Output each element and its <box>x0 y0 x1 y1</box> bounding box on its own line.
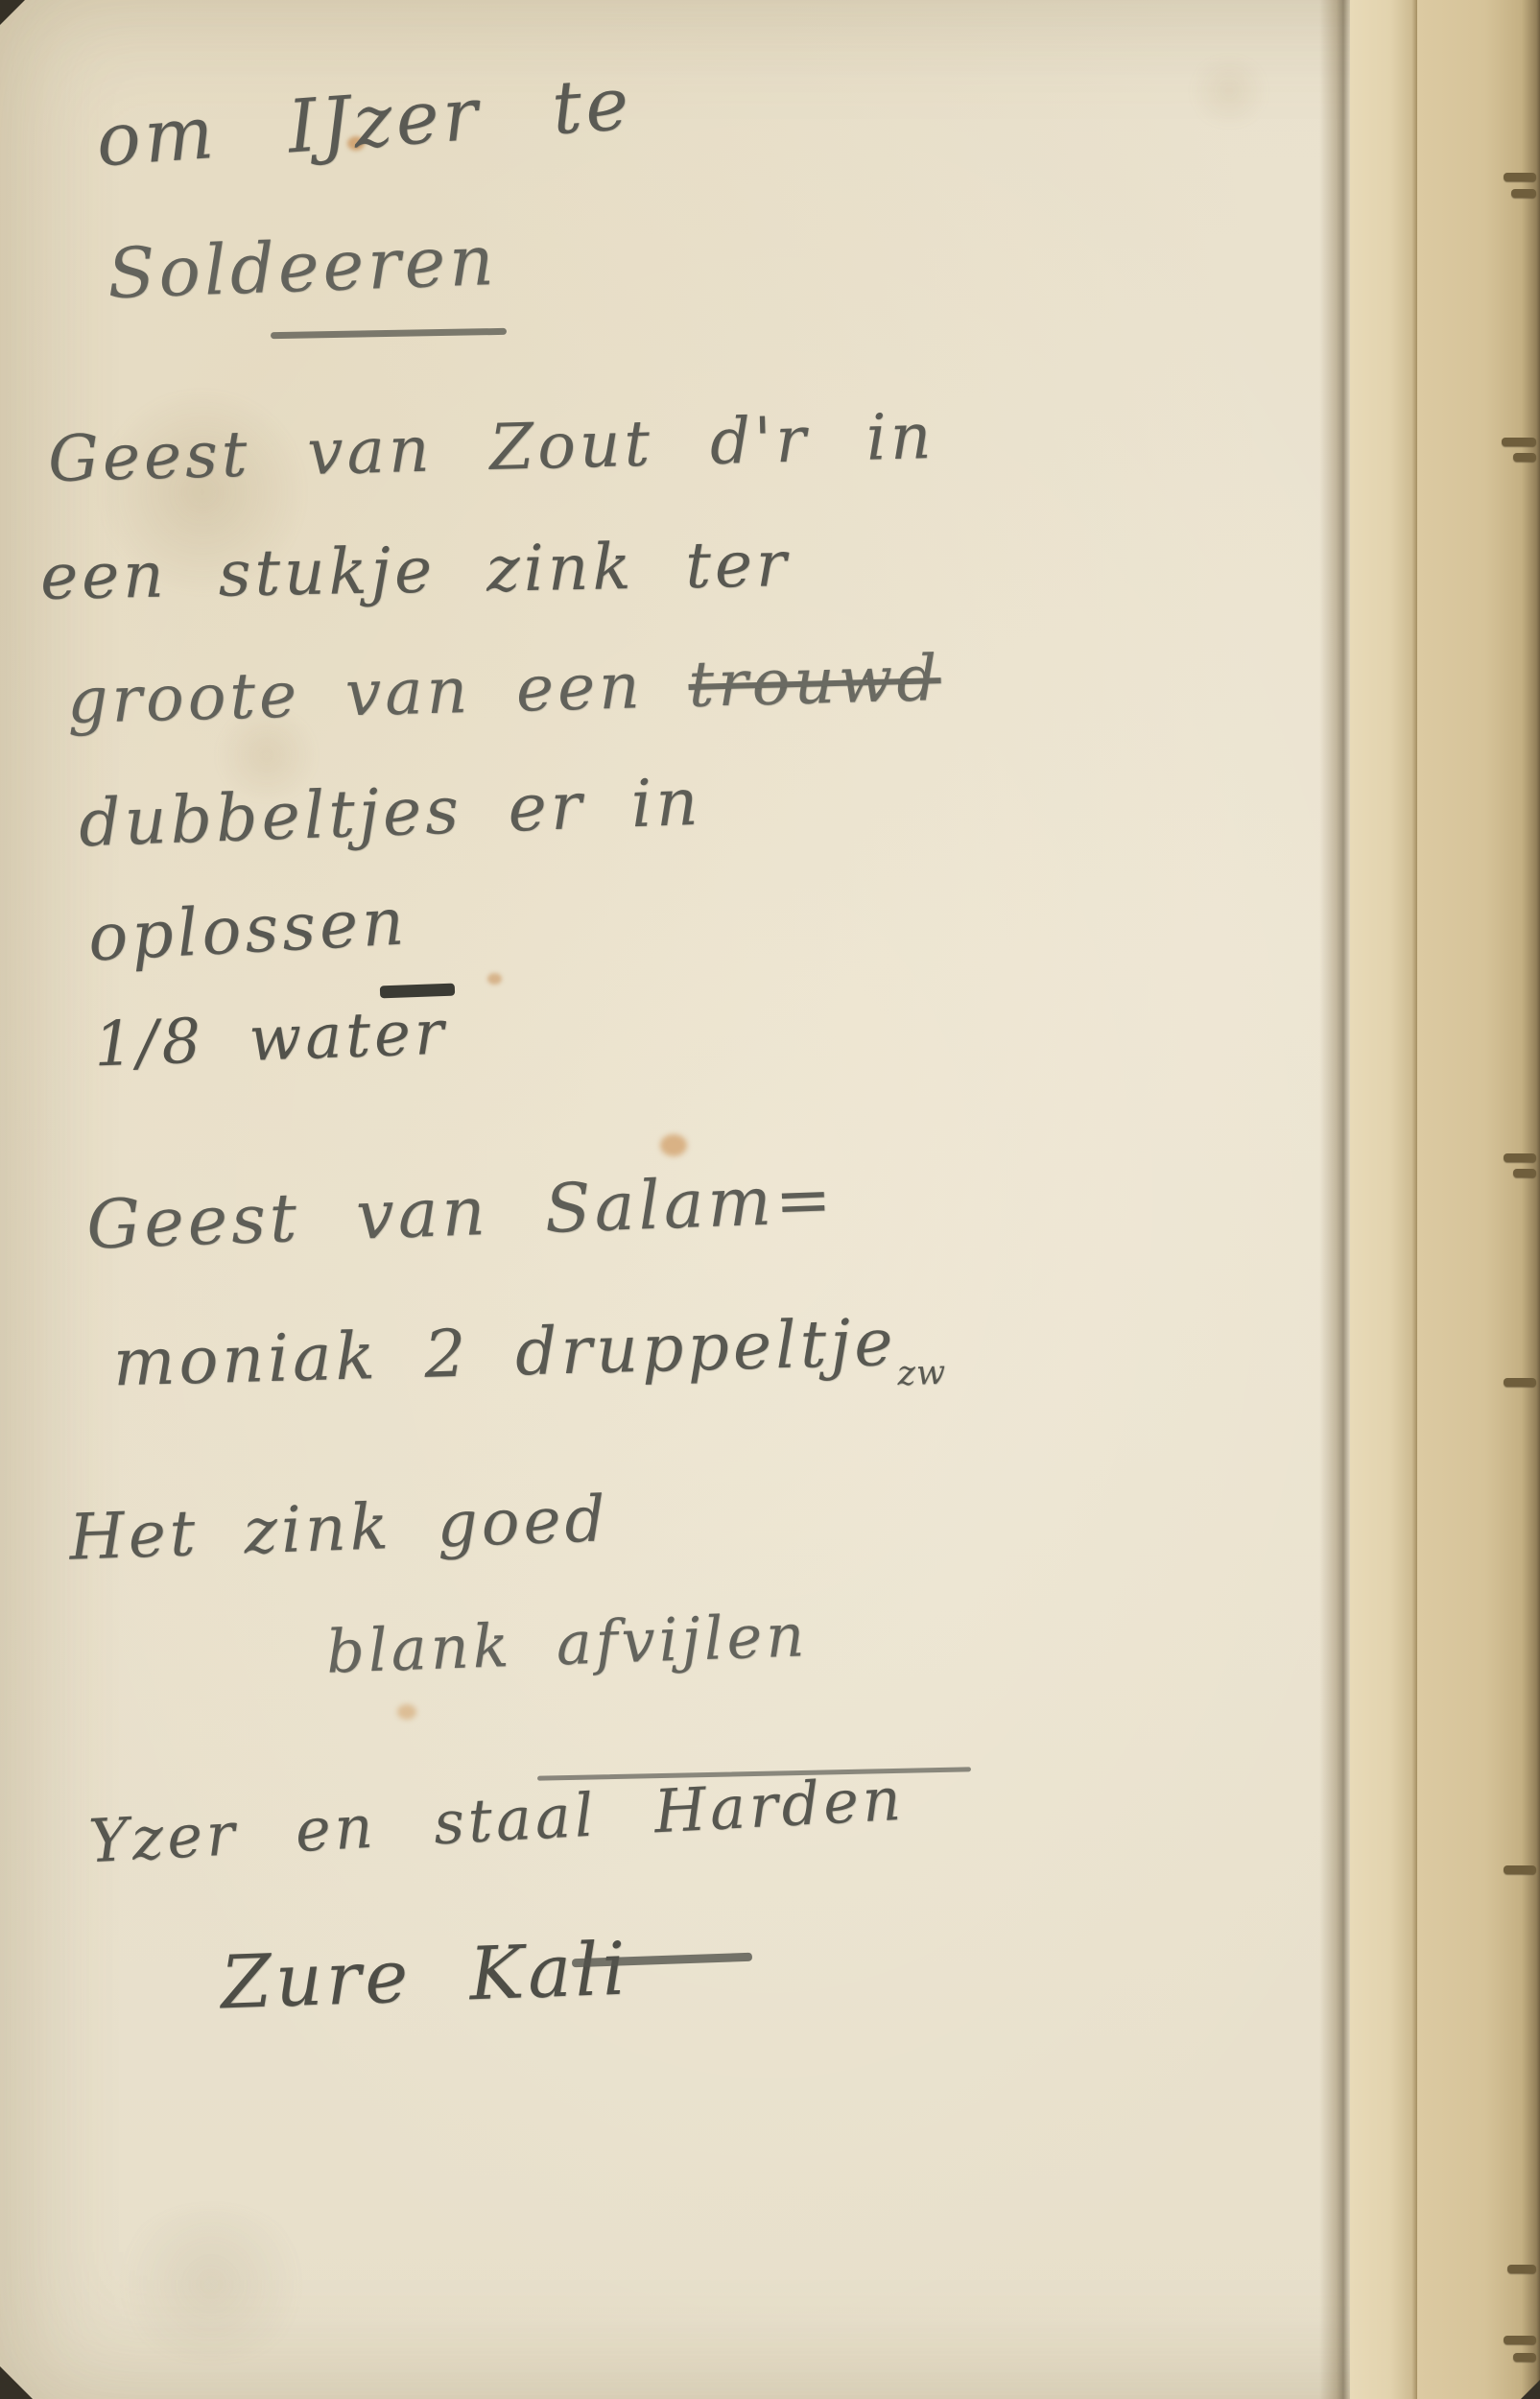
stitch-mark <box>1504 1153 1536 1162</box>
stitch-mark <box>1513 2353 1536 2362</box>
stitch-mark <box>1513 453 1536 462</box>
handwriting-line-6: dubbeltjes er in <box>78 765 703 863</box>
foxing-spot <box>487 973 502 985</box>
stitch-mark <box>1504 2336 1536 2344</box>
handwriting-line-13: Yzer en staal Harden <box>87 1764 907 1876</box>
crossed-out-word: trouwd <box>687 641 941 722</box>
handwriting-line-2: Soldeeren <box>107 220 499 314</box>
smudge-stain <box>106 2207 317 2361</box>
notebook-page: om IJzer te Soldeeren Geest van Zout d'r… <box>0 0 1540 2399</box>
underline-stroke <box>271 328 507 339</box>
small-annotation: zw <box>897 1353 947 1393</box>
foxing-spot <box>397 1704 416 1720</box>
handwriting-line-14: Zure Kali <box>220 1926 631 2026</box>
corner-shadow <box>0 0 25 25</box>
page-crease-shadow <box>1319 0 1350 2399</box>
stitch-mark <box>1507 2265 1536 2273</box>
stitch-mark <box>1504 1865 1536 1874</box>
handwriting-line-7: oplossen <box>86 884 410 976</box>
handwriting-line-5: groote van een trouwd <box>66 641 941 738</box>
stitch-mark <box>1511 189 1536 198</box>
smudge-stain <box>1186 58 1272 125</box>
handwriting-line-9: Geest van Salam= <box>85 1159 837 1264</box>
handwriting-line-11: Het zink goed <box>68 1482 610 1575</box>
cover-board-edge <box>1417 0 1540 2399</box>
book-binding-edge <box>1319 0 1540 2399</box>
underline-stroke <box>380 984 455 999</box>
stitch-mark <box>1513 1169 1536 1177</box>
handwriting-line-1: om IJzer te <box>94 60 635 183</box>
underlying-page-edge <box>1350 0 1417 2399</box>
handwriting-line-4: een stukje zink ter <box>39 527 791 614</box>
handwriting-line-8: 1/8 water <box>93 998 449 1081</box>
handwriting-line-12: blank afvijlen <box>325 1600 809 1686</box>
foxing-spot <box>660 1134 687 1156</box>
stitch-mark <box>1504 1378 1536 1387</box>
stitch-mark <box>1504 173 1536 181</box>
stitch-mark <box>1502 438 1536 446</box>
corner-shadow <box>0 2366 33 2399</box>
handwriting-line-10: moniak 2 druppeltjezw <box>112 1304 947 1414</box>
